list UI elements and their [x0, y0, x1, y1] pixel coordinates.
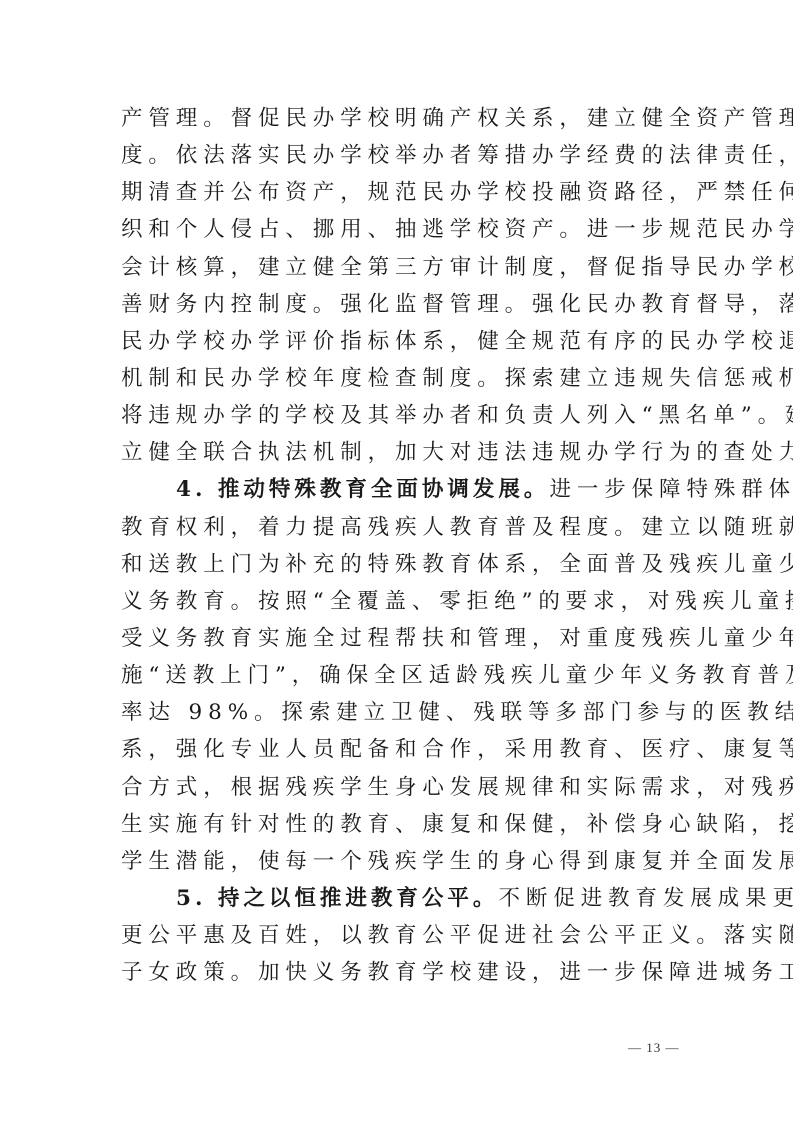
- text-line: 度。依法落实民办学校举办者筹措办学经费的法律责任，定: [121, 137, 681, 174]
- text-line: 民办学校办学评价指标体系，健全规范有序的民办学校退出: [121, 323, 681, 360]
- text-line: 义务教育。按照“全覆盖、零拒绝”的要求，对残疾儿童接: [121, 583, 681, 620]
- text-line: 将违规办学的学校及其举办者和负责人列入“黑名单”。建: [121, 397, 681, 434]
- text-line: 生实施有针对性的教育、康复和保健，补偿身心缺陷，挖掘: [121, 806, 681, 843]
- text-line: 会计核算，建立健全第三方审计制度，督促指导民办学校完: [121, 249, 681, 286]
- text-line: 机制和民办学校年度检查制度。探索建立违规失信惩戒机制，: [121, 360, 681, 397]
- section-4-paragraph: 4. 推动特殊教育全面协调发展。进一步保障特殊群体受 教育权利，着力提高残疾人教…: [121, 471, 681, 880]
- text-line: 施“送教上门”，确保全区适龄残疾儿童少年义务教育普及: [121, 657, 681, 694]
- text-line: 善财务内控制度。强化监督管理。强化民办教育督导，落实: [121, 286, 681, 323]
- text-line: 和送教上门为补充的特殊教育体系，全面普及残疾儿童少年: [121, 546, 681, 583]
- text-line: 子女政策。加快义务教育学校建设，进一步保障进城务工人: [121, 954, 681, 991]
- text-run: 不断促进教育发展成果更多: [498, 886, 793, 911]
- section-4-heading: 4. 推动特殊教育全面协调发展。: [176, 477, 549, 502]
- text-line: 系，强化专业人员配备和合作，采用教育、医疗、康复等综: [121, 731, 681, 768]
- text-line: 立健全联合执法机制，加大对违法违规办学行为的查处力度。: [121, 434, 681, 471]
- page-number: — 13 —: [628, 1040, 680, 1056]
- text-run: 进一步保障特殊群体受: [549, 477, 793, 502]
- paragraph-continued: 产管理。督促民办学校明确产权关系，建立健全资产管理制 度。依法落实民办学校举办者…: [121, 100, 681, 471]
- text-line: 合方式，根据残疾学生身心发展规律和实际需求，对残疾学: [121, 769, 681, 806]
- text-line: 教育权利，着力提高残疾人教育普及程度。建立以随班就读: [121, 509, 681, 546]
- text-line: 产管理。督促民办学校明确产权关系，建立健全资产管理制: [121, 100, 681, 137]
- section-4-first-line: 4. 推动特殊教育全面协调发展。进一步保障特殊群体受: [121, 471, 681, 508]
- text-line: 更公平惠及百姓，以教育公平促进社会公平正义。落实随迁: [121, 917, 681, 954]
- text-line: 率达 98%。探索建立卫健、残联等多部门参与的医教结合体: [121, 694, 681, 731]
- text-line: 织和个人侵占、挪用、抽逃学校资产。进一步规范民办学校: [121, 211, 681, 248]
- document-page: 产管理。督促民办学校明确产权关系，建立健全资产管理制 度。依法落实民办学校举办者…: [121, 100, 681, 991]
- section-5-first-line: 5. 持之以恒推进教育公平。不断促进教育发展成果更多: [121, 880, 681, 917]
- text-line: 期清查并公布资产，规范民办学校投融资路径，严禁任何组: [121, 174, 681, 211]
- text-line: 学生潜能，使每一个残疾学生的身心得到康复并全面发展。: [121, 843, 681, 880]
- text-line: 受义务教育实施全过程帮扶和管理，对重度残疾儿童少年实: [121, 620, 681, 657]
- section-5-paragraph: 5. 持之以恒推进教育公平。不断促进教育发展成果更多 更公平惠及百姓，以教育公平…: [121, 880, 681, 991]
- section-5-heading: 5. 持之以恒推进教育公平。: [176, 886, 498, 911]
